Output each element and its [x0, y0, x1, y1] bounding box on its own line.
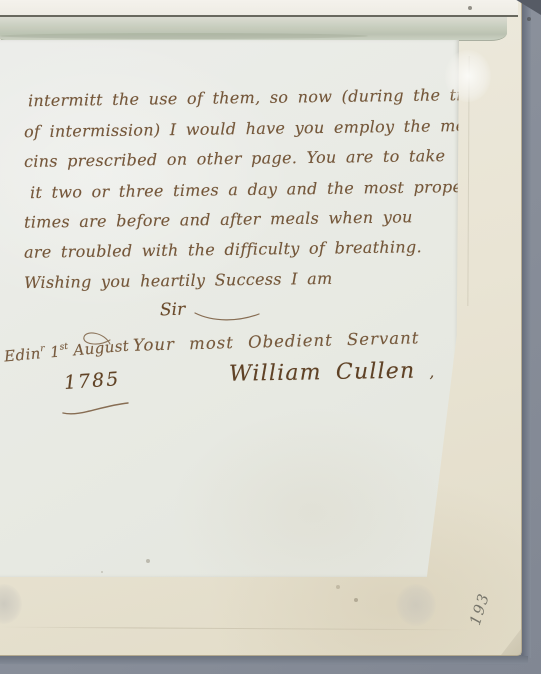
- binding-guard-shadow: [0, 33, 368, 39]
- dateline: Edinr 1st August: [4, 338, 130, 365]
- paper-smudge-left: [0, 584, 22, 624]
- dateline-year: 1785: [63, 370, 121, 393]
- letter-body-line: it two or three times a day and the most…: [30, 179, 470, 201]
- letter-body-line: are troubled with the difficulty of brea…: [24, 239, 422, 261]
- letter-body-line: of intermission) I would have you employ…: [24, 118, 482, 140]
- page-corner-fold: [501, 629, 521, 655]
- dateline-day: 1st: [49, 342, 69, 362]
- signature-name: William Cullen: [229, 359, 416, 387]
- folio-number: 193: [466, 590, 493, 627]
- dateline-month: August: [73, 337, 130, 360]
- book-fore-edge-shadow: [522, 0, 531, 658]
- manuscript-scan: intermitt the use of them, so now (durin…: [0, 0, 541, 674]
- year-underline-flourish: [60, 400, 132, 416]
- letter-body-line: intermitt the use of them, so now (durin…: [28, 87, 487, 109]
- valediction: Your most Obedient Servant: [133, 330, 420, 354]
- foxing-specks: [0, 0, 2, 2]
- letter-sheet: intermitt the use of them, so now (durin…: [0, 40, 459, 577]
- signature-mark: ,: [429, 363, 435, 381]
- letter-body-line: Wishing you heartily Success I am: [24, 271, 333, 291]
- page-top-edge: [0, 0, 518, 17]
- album-page: intermitt the use of them, so now (durin…: [0, 0, 522, 656]
- sir-tail-flourish: [193, 310, 263, 324]
- letter-body-line: cins prescribed on other page. You are t…: [24, 148, 445, 170]
- dateline-place: Edinr: [3, 344, 45, 365]
- paper-smudge-top: [445, 50, 491, 102]
- paper-smudge-bottom: [396, 584, 436, 626]
- book-bottom-edge-shadow: [0, 656, 528, 664]
- letter-body-line: times are before and after meals when yo…: [24, 209, 413, 230]
- salutation-close: Sir: [160, 302, 186, 320]
- page-crease: [0, 627, 470, 631]
- signature: William Cullen,: [229, 360, 436, 386]
